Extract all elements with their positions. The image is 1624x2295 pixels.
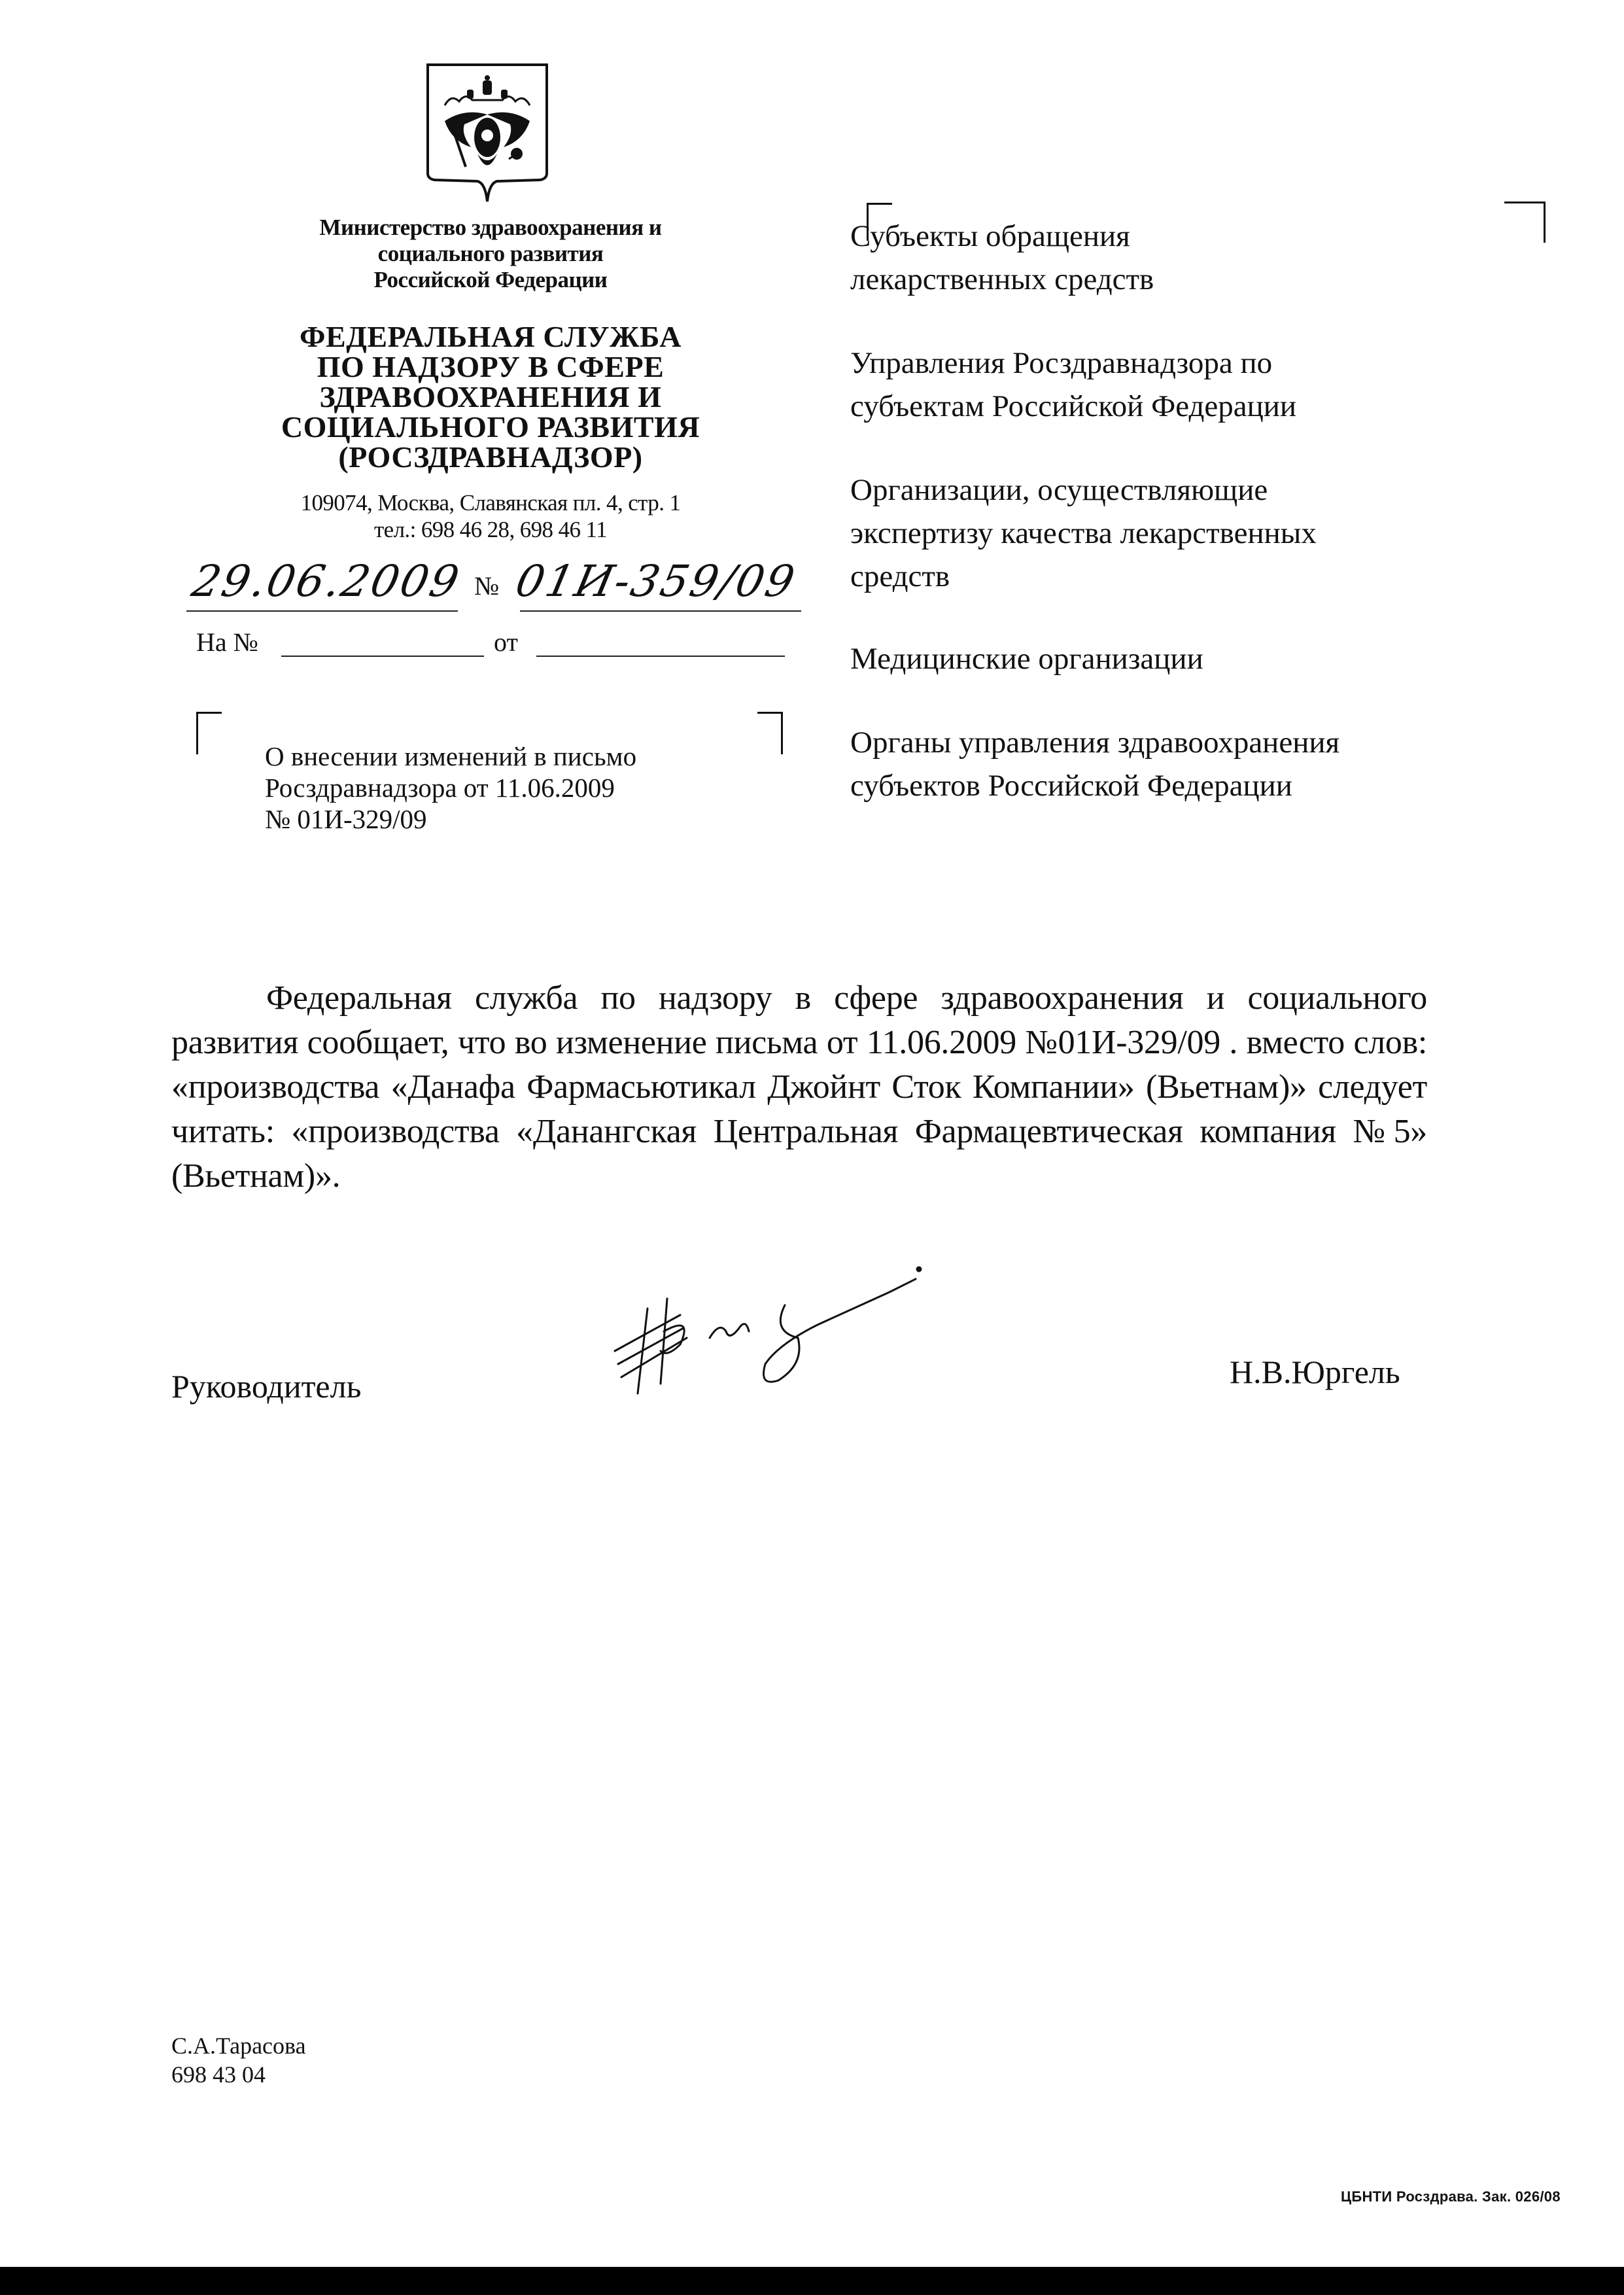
number-underline — [520, 610, 801, 612]
number-label: № — [474, 570, 499, 601]
addressee-line: субъектов Российской Федерации — [850, 764, 1504, 807]
print-mark: ЦБНТИ Росздрава. Зак. 026/08 — [1341, 2188, 1561, 2205]
signatory-name: Н.В.Юргель — [1230, 1353, 1400, 1391]
subject-line: № 01И-329/09 — [265, 803, 775, 835]
addressee-line: субъектам Российской Федерации — [850, 385, 1504, 428]
addressee-list: Субъекты обращения лекарственных средств… — [850, 215, 1504, 848]
addressee-line: средств — [850, 555, 1504, 598]
addressee-line: Медицинские организации — [850, 637, 1504, 680]
subject-line: О внесении изменений в письмо — [265, 741, 775, 772]
service-name: ФЕДЕРАЛЬНАЯ СЛУЖБА ПО НАДЗОРУ В СФЕРЕ ЗД… — [242, 322, 739, 472]
addressee-bracket-right — [1504, 201, 1546, 243]
ministry-line: Российской Федерации — [262, 267, 719, 293]
ministry-name: Министерство здравоохранения и социально… — [262, 215, 719, 293]
addressee-item: Медицинские организации — [850, 637, 1504, 680]
date-underline — [186, 610, 458, 612]
reply-from-label: от — [494, 627, 518, 657]
ministry-line: социального развития — [262, 241, 719, 267]
reply-date-field — [536, 656, 785, 657]
ministry-line: Министерство здравоохранения и — [262, 215, 719, 241]
reply-number-label: На № — [196, 627, 258, 657]
addressee-item: Органы управления здравоохранения субъек… — [850, 721, 1504, 807]
reply-reference-row: На № от — [196, 627, 785, 666]
addressee-item: Управления Росздравнадзора по субъектам … — [850, 342, 1504, 428]
service-line: ЗДРАВООХРАНЕНИЯ И — [242, 382, 739, 412]
subject: О внесении изменений в письмо Росздравна… — [265, 741, 775, 835]
executor-name: С.А.Тарасова — [171, 2031, 306, 2060]
addressee-item: Субъекты обращения лекарственных средств — [850, 215, 1504, 301]
registration-number: 01И-359/09 — [511, 556, 801, 606]
address-line: тел.: 698 46 28, 698 46 11 — [235, 516, 746, 543]
registration-date: 29.06.2009 — [188, 556, 465, 606]
executor-phone: 698 43 04 — [171, 2060, 306, 2089]
service-line: ПО НАДЗОРУ В СФЕРЕ — [242, 352, 739, 382]
addressee-line: экспертизу качества лекарственных — [850, 512, 1504, 555]
coat-of-arms-icon — [425, 62, 549, 203]
reply-number-field — [281, 656, 484, 657]
addressee-line: Организации, осуществляющие — [850, 468, 1504, 512]
scan-edge-bar — [0, 2267, 1624, 2295]
addressee-item: Организации, осуществляющие экспертизу к… — [850, 468, 1504, 598]
letter-body: Федеральная служба по надзору в сфере зд… — [171, 976, 1427, 1199]
handwritten-signature-icon — [602, 1253, 994, 1397]
subject-bracket-left — [196, 712, 222, 754]
service-line: ФЕДЕРАЛЬНАЯ СЛУЖБА — [242, 322, 739, 352]
signatory-role: Руководитель — [171, 1367, 361, 1405]
organization-address: 109074, Москва, Славянская пл. 4, стр. 1… — [235, 489, 746, 543]
addressee-line: Органы управления здравоохранения — [850, 721, 1504, 764]
address-line: 109074, Москва, Славянская пл. 4, стр. 1 — [235, 489, 746, 516]
addressee-line: лекарственных средств — [850, 258, 1504, 301]
registration-row: 29.06.2009 № 01И-359/09 — [186, 556, 801, 615]
service-line: (РОСЗДРАВНАДЗОР) — [242, 442, 739, 472]
addressee-line: Субъекты обращения — [850, 215, 1504, 258]
executor-info: С.А.Тарасова 698 43 04 — [171, 2031, 306, 2089]
service-line: СОЦИАЛЬНОГО РАЗВИТИЯ — [242, 412, 739, 442]
addressee-line: Управления Росздравнадзора по — [850, 342, 1504, 385]
subject-line: Росздравнадзора от 11.06.2009 — [265, 772, 775, 803]
